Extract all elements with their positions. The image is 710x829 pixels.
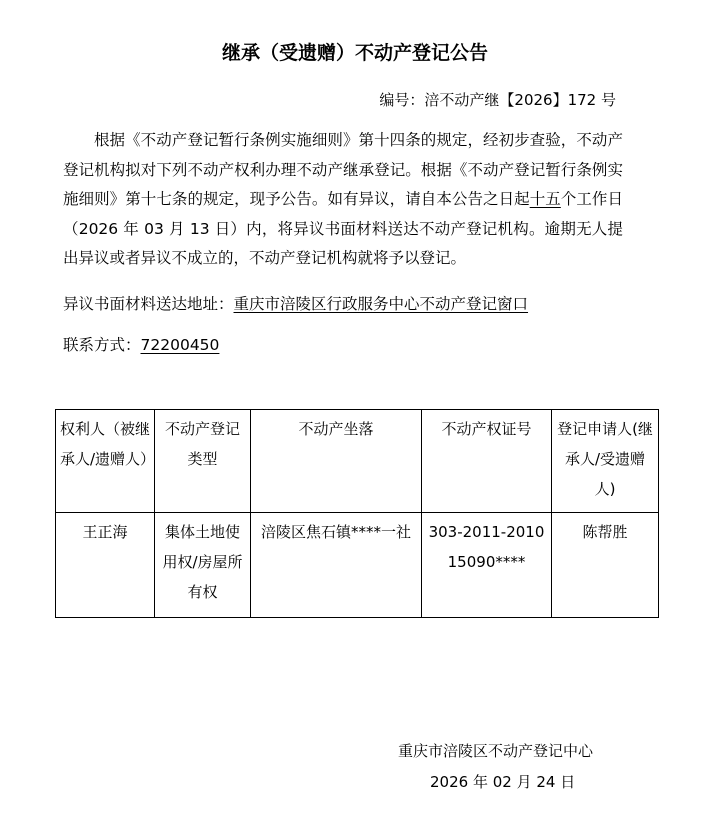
- header-rights-holder: 权利人（被继承人/遗赠人）: [56, 410, 155, 513]
- objection-address-line: 异议书面材料送达地址：重庆市涪陵区行政服务中心不动产登记窗口: [63, 292, 528, 314]
- contact-line: 联系方式：72200450: [63, 333, 219, 355]
- cell-applicant: 陈帮胜: [552, 513, 659, 618]
- contact-label: 联系方式：: [63, 336, 141, 354]
- objection-address-value: 重庆市涪陵区行政服务中心不动产登记窗口: [234, 295, 529, 313]
- issuing-organization: 重庆市涪陵区不动产登记中心: [398, 740, 593, 761]
- table-header-row: 权利人（被继承人/遗赠人） 不动产登记类型 不动产坐落 不动产权证号 登记申请人…: [56, 410, 659, 513]
- header-applicant: 登记申请人(继承人/受遗赠人): [552, 410, 659, 513]
- announcement-paragraph: 根据《不动产登记暂行条例实施细则》第十四条的规定，经初步查验，不动产登记机构拟对…: [63, 126, 623, 274]
- table-row: 王正海 集体土地使用权/房屋所有权 涪陵区焦石镇****一社 303-2011-…: [56, 513, 659, 618]
- page-title: 继承（受遗赠）不动产登记公告: [0, 38, 710, 65]
- registration-table: 权利人（被继承人/遗赠人） 不动产登记类型 不动产坐落 不动产权证号 登记申请人…: [55, 409, 659, 618]
- header-certificate-number: 不动产权证号: [422, 410, 552, 513]
- contact-phone: 72200450: [141, 336, 220, 354]
- document-number: 编号：涪不动产继【2026】172 号: [379, 89, 616, 110]
- header-registration-type: 不动产登记类型: [155, 410, 251, 513]
- objection-period-days: 十五: [530, 190, 561, 208]
- cell-property-location: 涪陵区焦石镇****一社: [251, 513, 422, 618]
- issue-date: 2026 年 02 月 24 日: [430, 771, 575, 792]
- header-property-location: 不动产坐落: [251, 410, 422, 513]
- cell-rights-holder: 王正海: [56, 513, 155, 618]
- cell-certificate-number: 303-2011-201015090****: [422, 513, 552, 618]
- cell-registration-type: 集体土地使用权/房屋所有权: [155, 513, 251, 618]
- objection-address-label: 异议书面材料送达地址：: [63, 295, 234, 313]
